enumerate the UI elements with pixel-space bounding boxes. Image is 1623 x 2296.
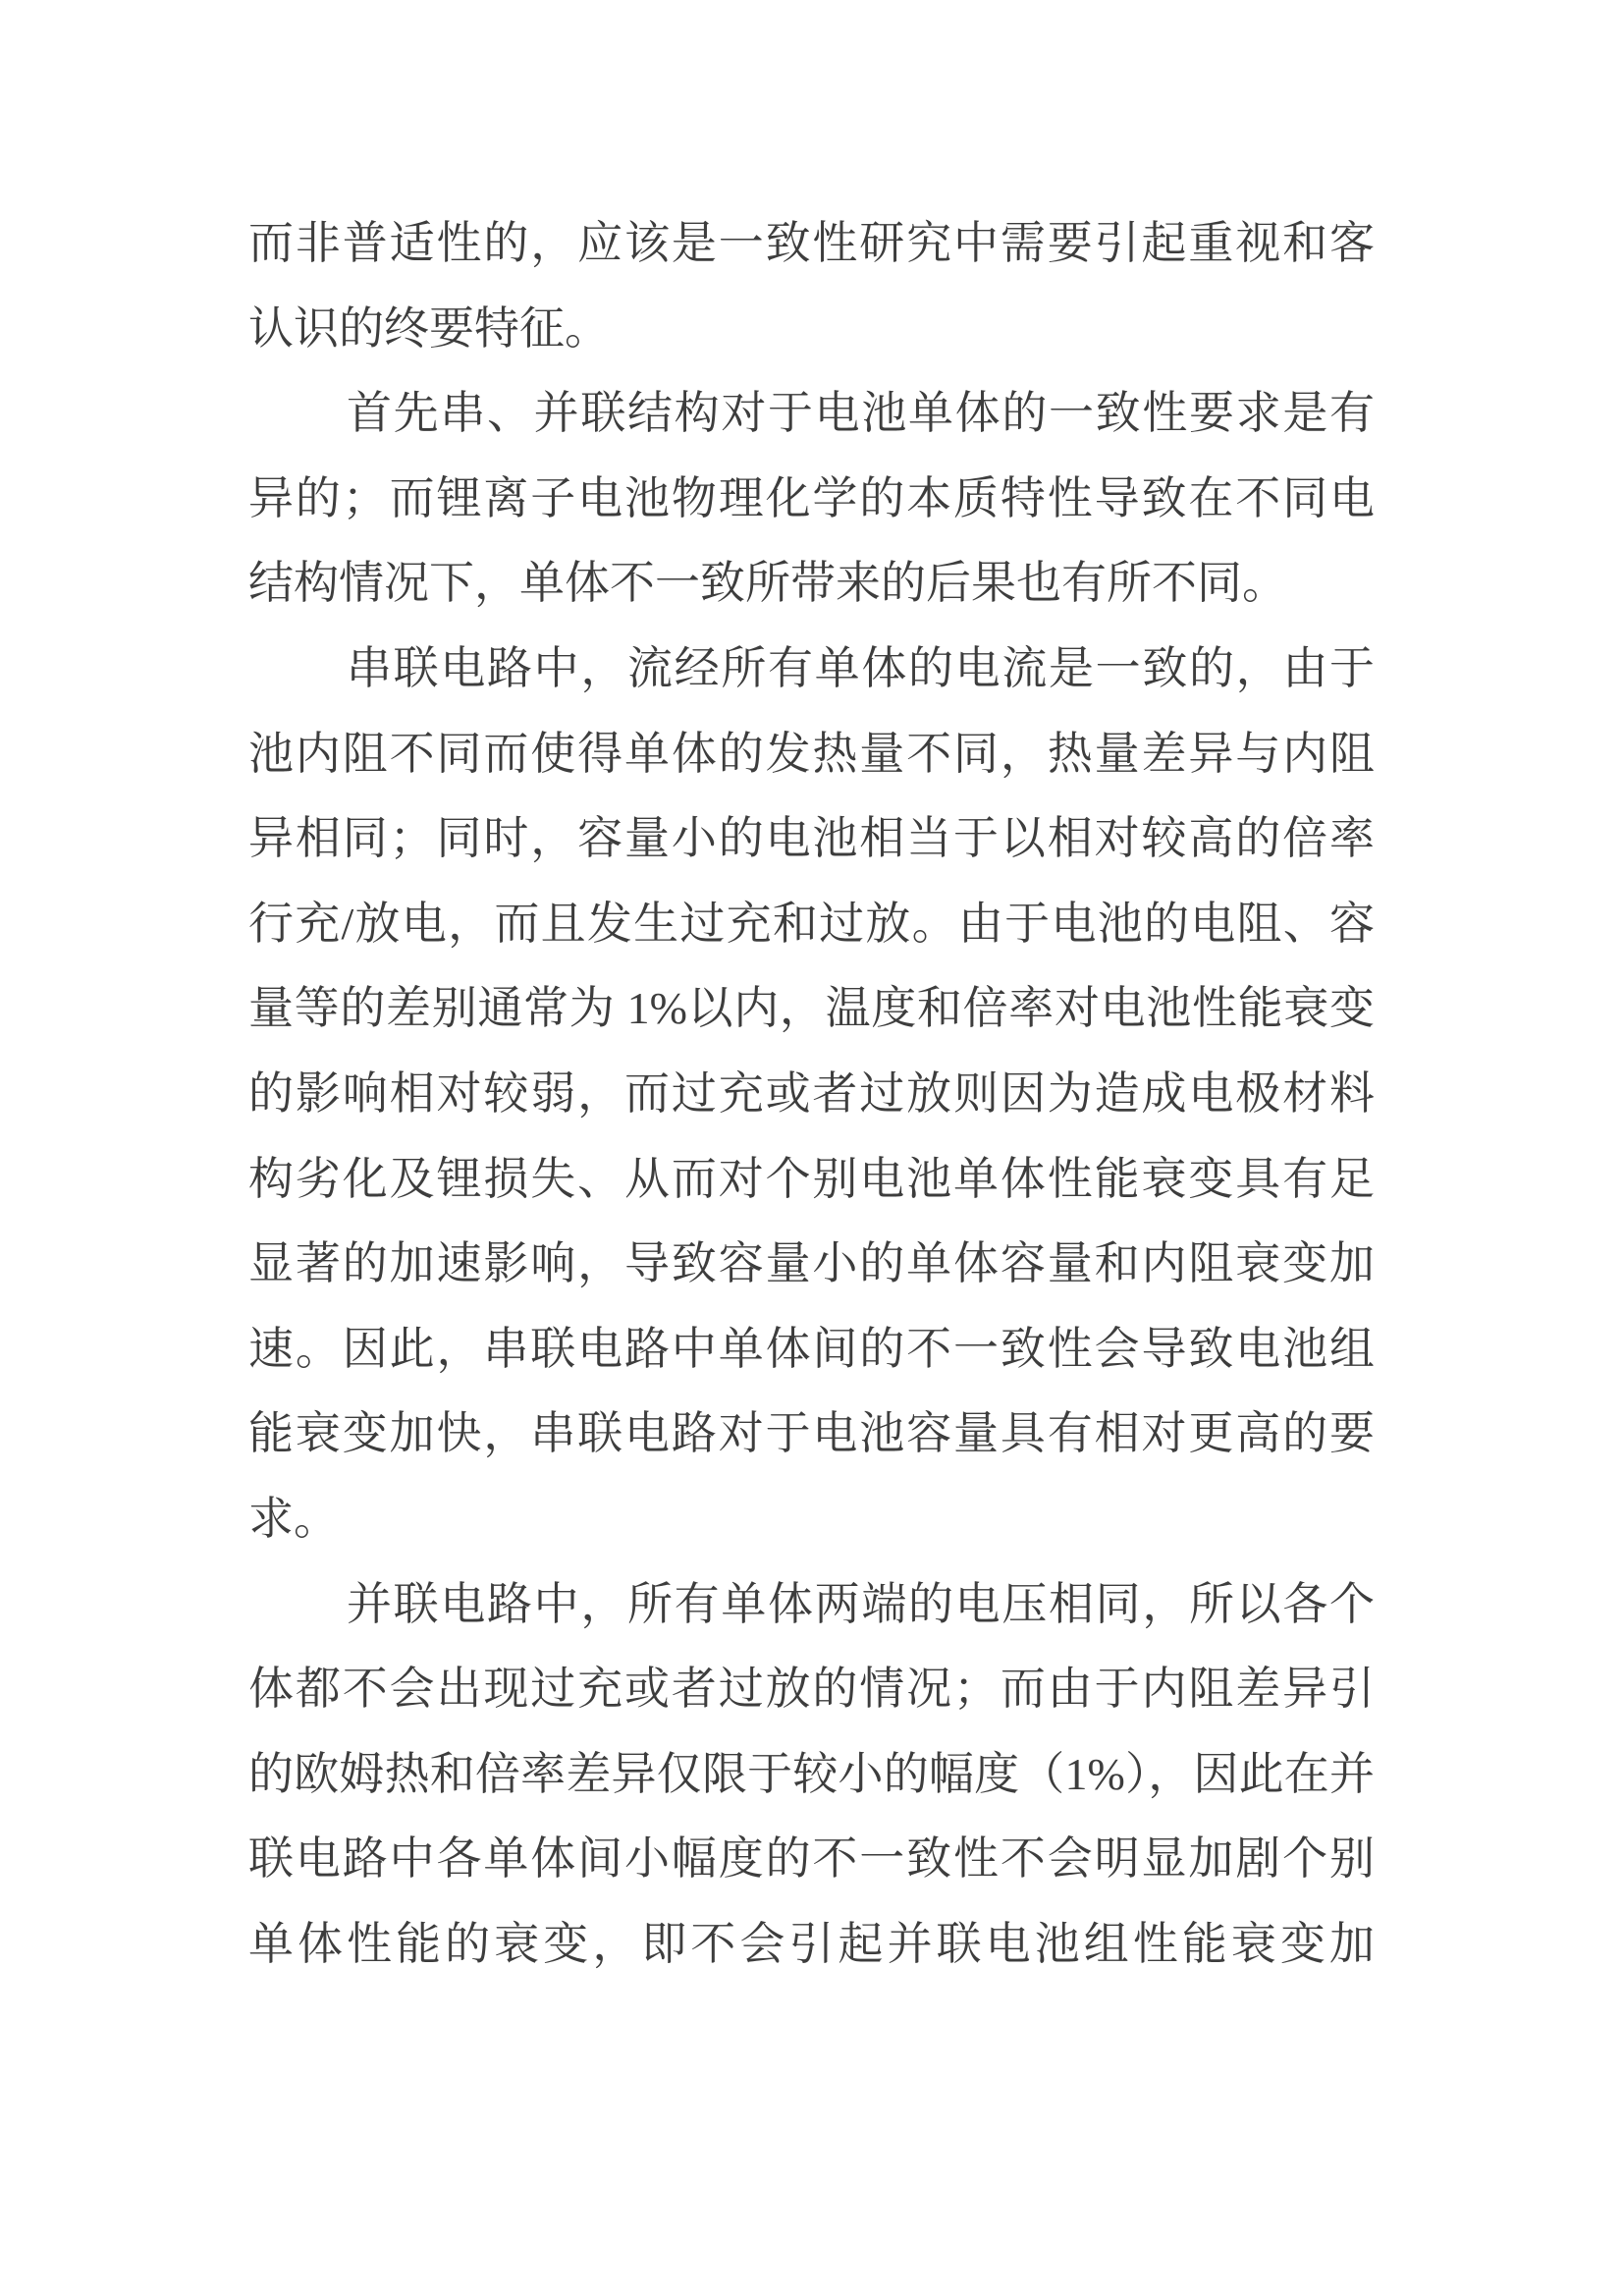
text-line: 的影响相对较弱，而过充或者过放则因为造成电极材料结 — [248, 1052, 1375, 1137]
text-line: 速。因此，串联电路中单体间的不一致性会导致电池组性 — [248, 1307, 1375, 1393]
text-line: 能衰变加快，串联电路对于电池容量具有相对更高的要 — [248, 1392, 1375, 1477]
paragraph: 串联电路中，流经所有单体的电流是一致的，由于电池内阻不同而使得单体的发热量不同，… — [248, 627, 1375, 1562]
text-line: 结构情况下，单体不一致所带来的后果也有所不同。 — [248, 541, 1375, 627]
text-line: 量等的差别通常为 1%以内，温度和倍率对电池性能衰变 — [248, 966, 1375, 1052]
document-page: 而非普适性的，应该是一致性研究中需要引起重视和客观认识的终要特征。首先串、并联结… — [0, 0, 1623, 2296]
text-line: 的欧姆热和倍率差异仅限于较小的幅度（1%），因此在并 — [248, 1732, 1375, 1818]
text-line: 池内阻不同而使得单体的发热量不同，热量差异与内阻差 — [248, 712, 1375, 797]
text-line: 异相同；同时，容量小的电池相当于以相对较高的倍率进 — [248, 796, 1375, 882]
paragraph: 而非普适性的，应该是一致性研究中需要引起重视和客观认识的终要特征。 — [248, 201, 1375, 371]
document-body: 而非普适性的，应该是一致性研究中需要引起重视和客观认识的终要特征。首先串、并联结… — [248, 201, 1375, 1987]
text-line: 体都不会出现过充或者过放的情况；而由于内阻差异引起 — [248, 1647, 1375, 1732]
text-line: 首先串、并联结构对于电池单体的一致性要求是有差 — [248, 371, 1375, 457]
text-line: 而非普适性的，应该是一致性研究中需要引起重视和客观 — [248, 201, 1375, 287]
text-line: 求。 — [248, 1477, 1375, 1562]
paragraph: 并联电路中，所有单体两端的电压相同，所以各个单体都不会出现过充或者过放的情况；而… — [248, 1562, 1375, 1988]
text-line: 并联电路中，所有单体两端的电压相同，所以各个单 — [248, 1562, 1375, 1648]
text-line: 构劣化及锂损失、从而对个别电池单体性能衰变具有足够 — [248, 1137, 1375, 1223]
text-line: 行充/放电，而且发生过充和过放。由于电池的电阻、容 — [248, 882, 1375, 967]
text-line: 显著的加速影响，导致容量小的单体容量和内阻衰变加 — [248, 1222, 1375, 1307]
text-line: 认识的终要特征。 — [248, 287, 1375, 372]
paragraph: 首先串、并联结构对于电池单体的一致性要求是有差异的；而锂离子电池物理化学的本质特… — [248, 371, 1375, 627]
text-line: 单体性能的衰变，即不会引起并联电池组性能衰变加速。 — [248, 1902, 1375, 1988]
text-line: 联电路中各单体间小幅度的不一致性不会明显加剧个别 — [248, 1817, 1375, 1902]
text-line: 串联电路中，流经所有单体的电流是一致的，由于电 — [248, 627, 1375, 712]
text-line: 异的；而锂离子电池物理化学的本质特性导致在不同电路 — [248, 457, 1375, 542]
